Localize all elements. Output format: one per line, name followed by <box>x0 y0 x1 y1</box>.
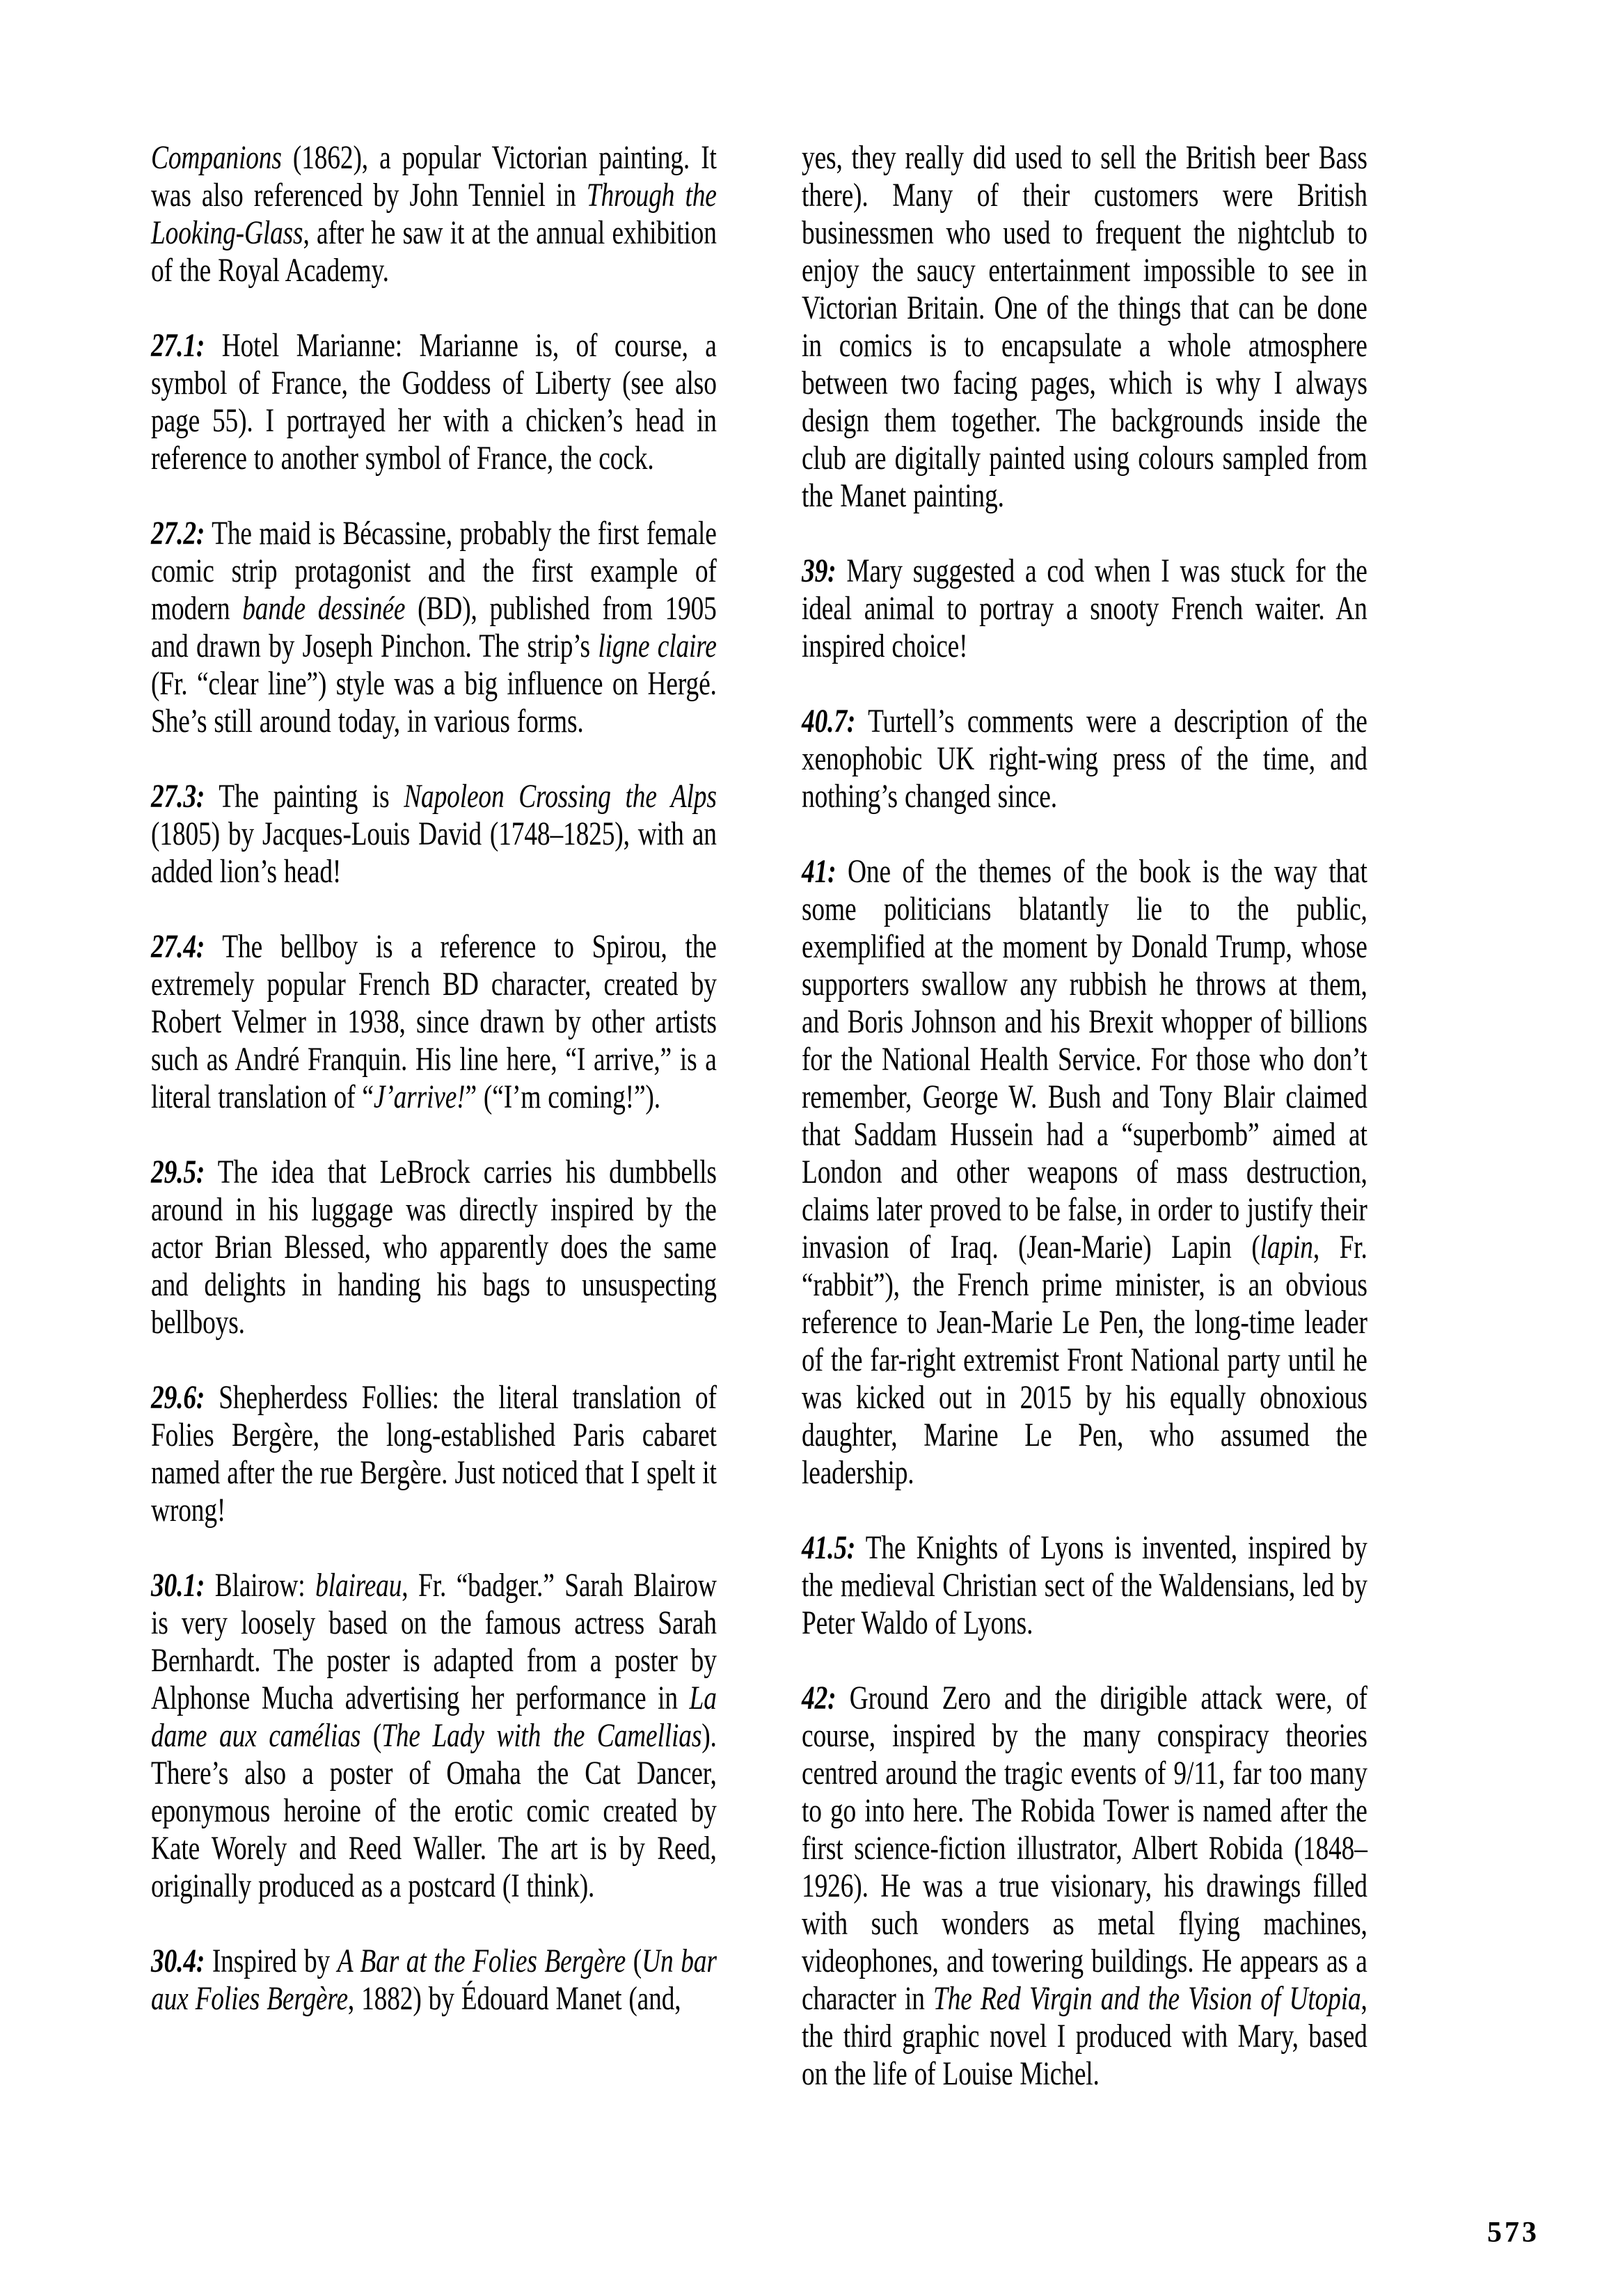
text-segment: The Lady with the Camellias <box>381 1717 701 1754</box>
text-segment: A Bar at the Folies Bergère <box>338 1943 626 1979</box>
paragraph: 27.3: The painting is Napoleon Crossing … <box>151 778 717 891</box>
left-column: Companions (1862), a popular Victorian p… <box>151 139 717 2018</box>
paragraph: yes, they really did used to sell the Br… <box>802 139 1367 515</box>
paragraph: 42: Ground Zero and the dirigible attack… <box>802 1680 1367 2093</box>
note-label: 27.3: <box>151 778 205 815</box>
text-segment: ” (“I’m coming!”). <box>465 1078 660 1115</box>
paragraph: 30.4: Inspired by A Bar at the Folies Be… <box>151 1943 717 2018</box>
text-segment: Companions <box>151 139 282 176</box>
text-segment: J’arrive! <box>374 1078 466 1115</box>
page-number: 573 <box>1487 2218 1539 2247</box>
paragraph: 41: One of the themes of the book is the… <box>802 853 1367 1492</box>
note-label: 39: <box>802 552 836 589</box>
text-segment: The Red Virgin and the Vision of Utopia <box>933 1980 1361 2017</box>
note-label: 29.5: <box>151 1154 205 1190</box>
text-segment: Ground Zero and the dirigible attack wer… <box>802 1680 1367 2017</box>
text-segment: Mary suggested a cod when I was stuck fo… <box>802 552 1367 664</box>
text-segment: Napoleon Crossing the Alps <box>404 778 717 815</box>
note-label: 40.7: <box>802 703 855 740</box>
text-segment: Blairow: <box>205 1567 315 1604</box>
paragraph: 29.5: The idea that LeBrock carries his … <box>151 1154 717 1341</box>
text-segment: One of the themes of the book is the way… <box>802 853 1367 1266</box>
text-segment: The idea that LeBrock carries his dumbbe… <box>151 1154 717 1341</box>
paragraph: 39: Mary suggested a cod when I was stuc… <box>802 552 1367 665</box>
text-segment: , Fr. “rabbit”), the French prime minist… <box>802 1229 1367 1491</box>
note-label: 30.4: <box>151 1943 205 1979</box>
text-segment: The painting is <box>205 778 404 815</box>
page: Companions (1862), a popular Victorian p… <box>0 0 1618 2296</box>
note-label: 27.1: <box>151 327 205 364</box>
text-segment: yes, they really did used to sell the Br… <box>802 139 1367 514</box>
right-column: yes, they really did used to sell the Br… <box>802 139 1367 2093</box>
note-label: 42: <box>802 1680 836 1716</box>
text-segment: Turtell’s comments were a description of… <box>802 703 1367 815</box>
text-segment: (1805) by Jacques-Louis David (1748–1825… <box>151 815 717 890</box>
text-segment: blaireau <box>315 1567 402 1604</box>
paragraph: 27.4: The bellboy is a reference to Spir… <box>151 928 717 1116</box>
text-segment: ( <box>360 1717 381 1754</box>
text-segment: lapin <box>1260 1229 1313 1266</box>
note-label: 30.1: <box>151 1567 205 1604</box>
paragraph: 29.6: Shepherdess Follies: the literal t… <box>151 1379 717 1529</box>
text-segment: ligne claire <box>598 628 716 664</box>
text-segment: Hotel Marianne: Marianne is, of course, … <box>151 327 717 477</box>
text-segment: (Fr. “clear line”) style was a big influ… <box>151 665 717 740</box>
text-segment: bande dessinée <box>242 590 405 627</box>
paragraph: 41.5: The Knights of Lyons is invented, … <box>802 1529 1367 1642</box>
text-segment: ( <box>626 1943 642 1979</box>
text-segment: Inspired by <box>205 1943 338 1979</box>
note-label: 29.6: <box>151 1379 205 1416</box>
paragraph: 30.1: Blairow: blaireau, Fr. “badger.” S… <box>151 1567 717 1905</box>
text-segment: The Knights of Lyons is invented, inspir… <box>802 1529 1367 1641</box>
paragraph: 40.7: Turtell’s comments were a descript… <box>802 703 1367 815</box>
text-segment: Shepherdess Follies: the literal transla… <box>151 1379 717 1529</box>
note-label: 41.5: <box>802 1529 855 1566</box>
text-segment: , 1882) by Édouard Manet (and, <box>348 1980 681 2017</box>
note-label: 27.4: <box>151 928 205 965</box>
note-label: 41: <box>802 853 836 890</box>
note-label: 27.2: <box>151 515 205 552</box>
paragraph: Companions (1862), a popular Victorian p… <box>151 139 717 289</box>
paragraph: 27.2: The maid is Bécassine, probably th… <box>151 515 717 740</box>
paragraph: 27.1: Hotel Marianne: Marianne is, of co… <box>151 327 717 477</box>
